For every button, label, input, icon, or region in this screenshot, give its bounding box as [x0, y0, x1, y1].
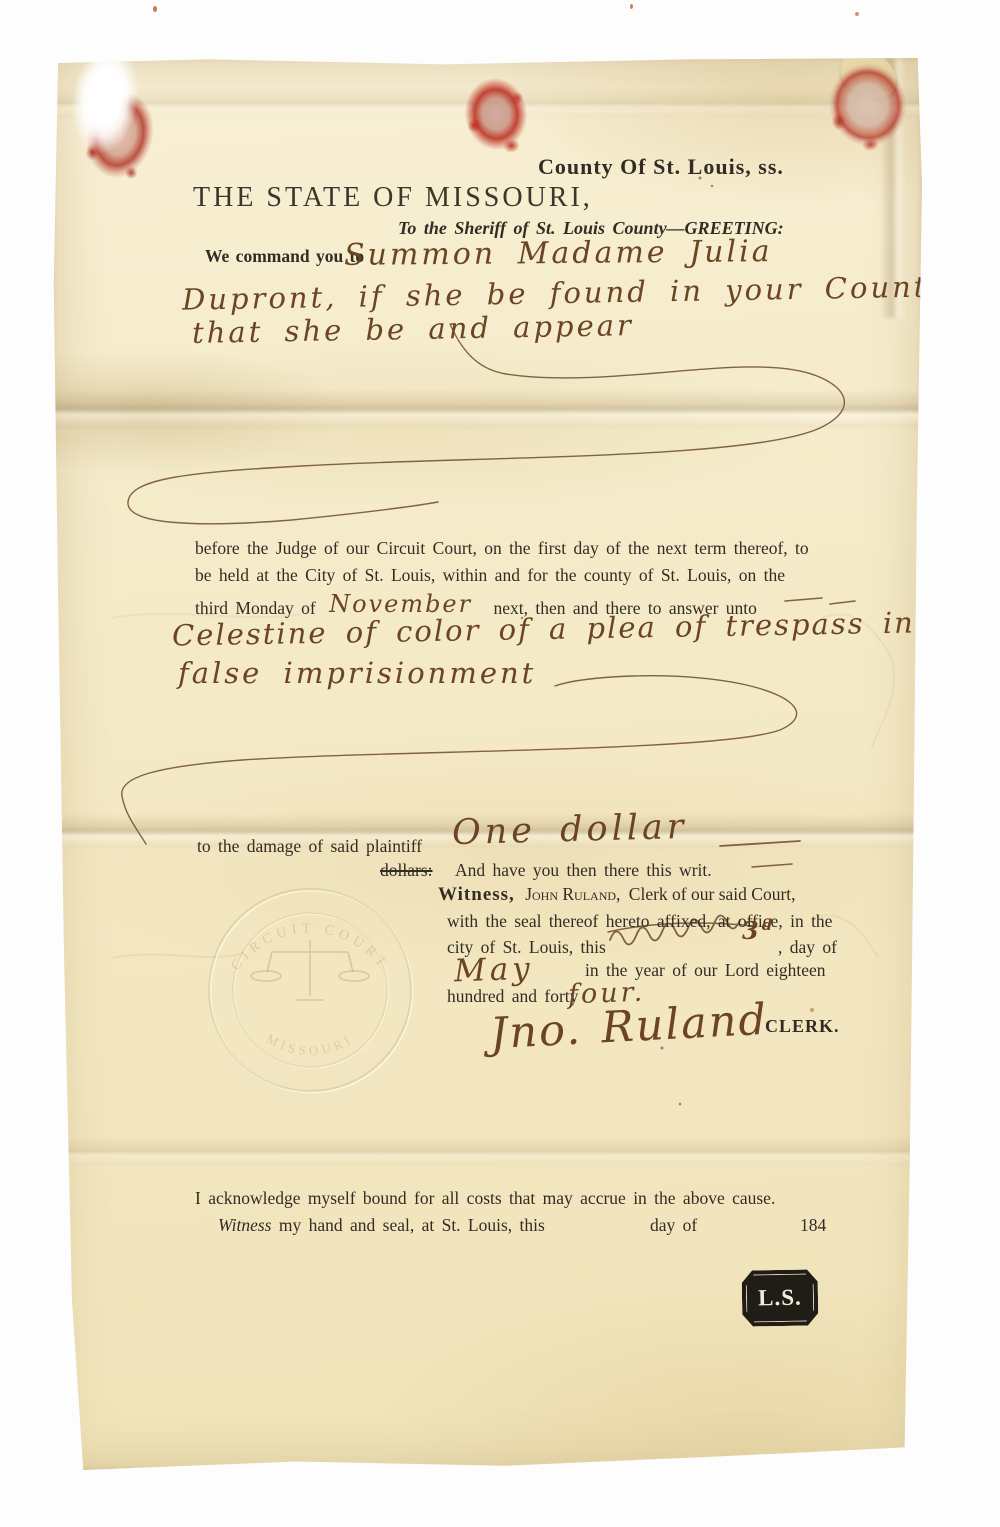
acknowledgment-line1: I acknowledge myself bound for all costs… [195, 1188, 775, 1209]
handwritten-cause-line2: false imprisionment [178, 656, 536, 690]
day-suffix: d [762, 916, 776, 934]
scales-of-justice-icon [251, 940, 369, 1000]
embossed-seal-top-text: CIRCUIT COURT [228, 922, 391, 974]
document-sheet: CIRCUIT COURT MISSOURI County Of St. Lou… [52, 58, 922, 1470]
attestation-line1: Witness, John Ruland, Clerk of our said … [438, 884, 796, 906]
wax-seal-right [817, 51, 920, 159]
attestation-line1-rest: Clerk of our said Court, [629, 884, 796, 904]
clerk-title: CLERK. [765, 1016, 840, 1037]
paper-flap [835, 44, 904, 104]
writ-line: And have you then there this writ. [455, 860, 712, 881]
attestation-line5: hundred and forty [447, 986, 578, 1007]
acknowledgment-line2: Witness my hand and seal, at St. Louis, … [218, 1215, 545, 1236]
command-label: We command you to [205, 246, 364, 267]
handwritten-summon-line1: Summon Madame Julia [344, 234, 773, 273]
embossed-court-seal: CIRCUIT COURT MISSOURI [209, 889, 413, 1093]
embossed-seal-bottom-text: MISSOURI [264, 1031, 356, 1058]
acknowledgment-line2-rest: my hand and seal, at St. Louis, this [279, 1215, 545, 1235]
handwritten-summon-line3: that she be and appear [192, 308, 634, 350]
document-title: THE STATE OF MISSOURI, [193, 182, 593, 214]
struck-dollars-word: dollars: [380, 860, 433, 881]
ink-dash [830, 601, 855, 604]
scan-background: { "page": { "paper_color": "#f4e9c6", "b… [0, 0, 1000, 1527]
body-line3-before: third Monday of [195, 598, 316, 618]
ls-seal-stamp: L.S. [742, 1269, 819, 1326]
red-speck [153, 6, 157, 12]
day-of-label: day of [650, 1215, 697, 1236]
handwritten-issue-month: May [453, 951, 534, 990]
body-paragraph-line1: before the Judge of our Circuit Court, o… [195, 538, 809, 559]
handwritten-damage-amount: One dollar [452, 807, 689, 853]
ink-dash [785, 598, 822, 601]
red-speck [630, 4, 633, 9]
body-paragraph-line2: be held at the City of St. Louis, within… [195, 565, 785, 586]
ghost-mark [112, 954, 242, 958]
damage-label: to the damage of said plaintiff [197, 836, 422, 857]
ink-dash [752, 864, 792, 867]
fold-crease [52, 390, 922, 428]
ls-seal-border: L.S. [746, 1273, 815, 1322]
fold-crease [52, 1136, 922, 1166]
ink-dash [720, 841, 800, 846]
year-stub: 184 [800, 1215, 826, 1236]
witness-blackletter-word: Witness, [438, 884, 515, 905]
blank-filler-flourish-upper [128, 324, 844, 524]
county-header: County Of St. Louis, ss. [538, 154, 784, 180]
fold-crease [52, 88, 922, 118]
red-speck [855, 12, 859, 16]
torn-paper-patch [65, 40, 146, 158]
wax-seal-center [453, 66, 539, 163]
wax-seal-left [68, 74, 171, 196]
day-number: 3 [742, 916, 762, 945]
witness-italic-word: Witness [218, 1215, 271, 1235]
handwritten-day-number: 3d [742, 916, 775, 945]
attestation-line3-after: , day of [778, 937, 837, 958]
ls-seal-text: L.S. [758, 1285, 802, 1312]
clerk-name: John Ruland, [525, 884, 620, 904]
